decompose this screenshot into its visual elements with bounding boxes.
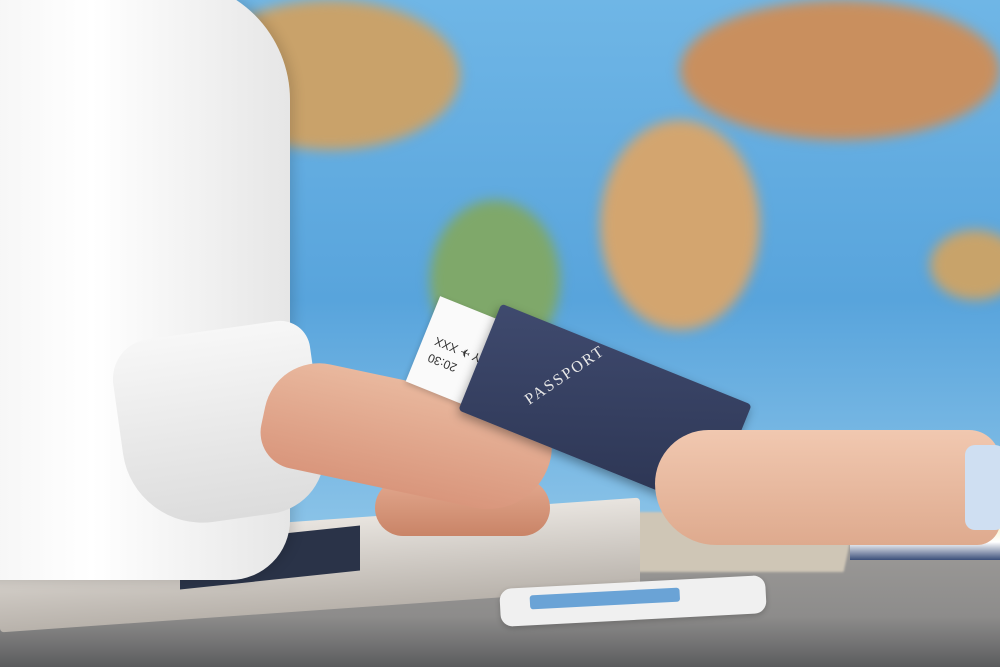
eurasia-landmass	[680, 0, 1000, 140]
africa-landmass	[600, 120, 760, 330]
photo-scene: 23B YY ✈ XXX 20:30 PASSPORT	[0, 0, 1000, 667]
client-hand	[655, 430, 1000, 545]
australia-landmass	[930, 230, 1000, 300]
passport-title: PASSPORT	[522, 342, 609, 409]
client-sleeve-cuff	[965, 445, 1000, 530]
phone-screen	[530, 588, 681, 610]
